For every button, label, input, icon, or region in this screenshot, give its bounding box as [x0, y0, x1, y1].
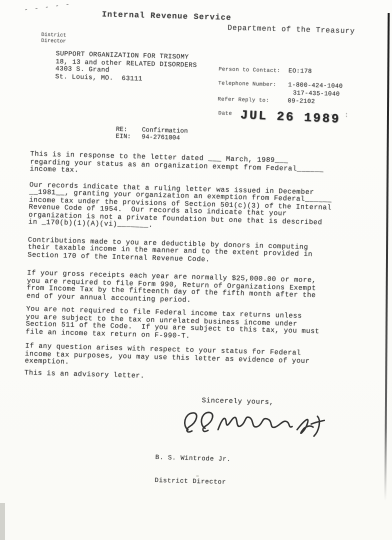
- signer-name: B. S. Wintrode Jr.: [155, 454, 231, 464]
- date-label: Date: [218, 111, 232, 117]
- body-paragraph-4: If your gross receipts each year are nor…: [26, 271, 375, 310]
- letterhead-agency: Internal Revenue Service: [102, 10, 232, 22]
- scan-edge-shadow-bottom-left: [0, 503, 5, 540]
- person-to-contact-value: EO:178: [288, 67, 312, 75]
- scan-smudge: - :: [330, 112, 362, 120]
- signer-block: B. S. Wintrode Jr. District Director: [154, 439, 231, 502]
- letterhead-department: Department of the Treasury: [227, 25, 355, 36]
- refer-reply-label: Refer Reply to:: [218, 97, 270, 104]
- telephone-number-label: Telephone Number:: [218, 81, 277, 89]
- signer-title: District Director: [155, 477, 231, 487]
- body-paragraph-1: This is in response to the letter dated …: [30, 152, 378, 184]
- ein-value: 94-2761004: [142, 134, 181, 142]
- ein-line: EIN:94-2761004: [116, 133, 188, 142]
- scan-speck: [196, 475, 199, 477]
- body-paragraph-3: Contributions made to you are deductible…: [27, 237, 375, 269]
- recipient-address: SUPPORT ORGANIZATION FOR TRISOMY 18, 13 …: [55, 50, 197, 84]
- date-received-stamp: JUL 26 1989: [240, 108, 341, 126]
- telephone-number-value-2: 317-435-1040: [293, 89, 340, 97]
- body-paragraph-2: Our records indicate that a ruling lette…: [28, 182, 377, 236]
- person-to-contact-label: Person to Contact:: [218, 67, 280, 75]
- body-paragraph-5: You are not required to file Federal inc…: [25, 307, 374, 346]
- reference-block: RE:Confirmation EIN:94-2761004: [116, 126, 188, 143]
- scanned-irs-letter: - - - - - Internal Revenue Service Depar…: [0, 0, 392, 540]
- telephone-number-value-1: 1-800-424-1040: [288, 81, 343, 89]
- ein-label: EIN:: [116, 133, 142, 141]
- refer-reply-value: 09-2102: [288, 97, 316, 105]
- letter-body: This is in response to the letter dated …: [24, 152, 378, 395]
- district-director-label: District Director: [41, 32, 66, 45]
